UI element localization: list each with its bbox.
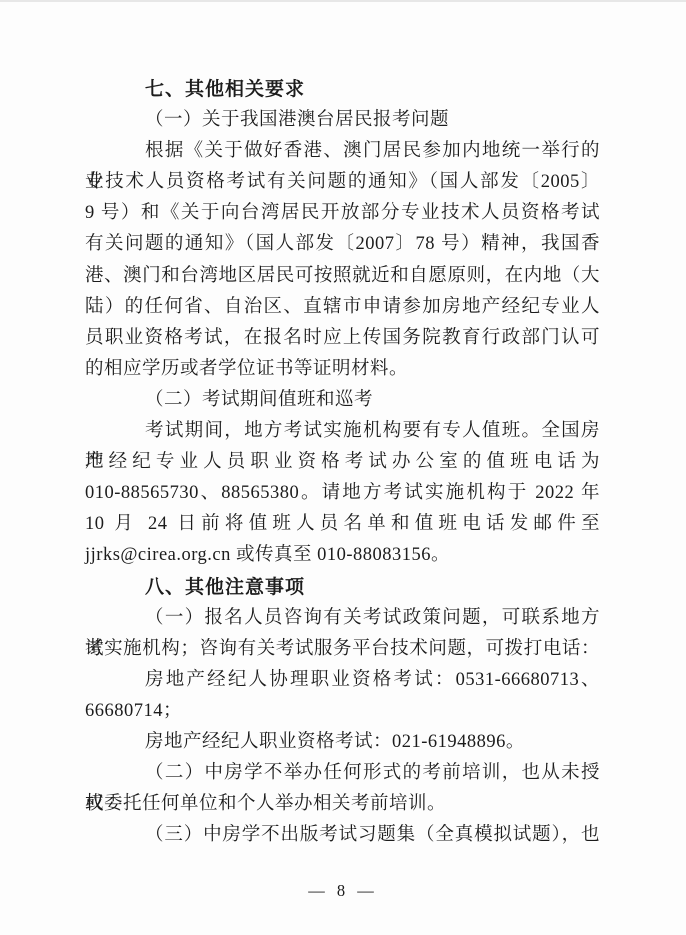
body-line: 业技术人员资格考试有关问题的通知》（国人部发〔2005〕 xyxy=(85,167,600,198)
body-line: 9 号）和《关于向台湾居民开放部分专业技术人员资格考试 xyxy=(85,198,600,229)
body-line: 10 月 24 日前将值班人员名单和值班电话发邮件至 xyxy=(85,509,600,540)
document-text: 七、其他相关要求 （一）关于我国港澳台居民报考问题 根据《关于做好香港、澳门居民… xyxy=(85,74,600,851)
body-line: 陆）的任何省、自治区、直辖市申请参加房地产经纪专业人 xyxy=(85,292,600,323)
page-number: — 8 — xyxy=(0,881,686,901)
body-line-email: jjrks@cirea.org.cn 或传真至 010-88083156。 xyxy=(85,540,600,571)
body-line: 的相应学历或者学位证书等证明材料。 xyxy=(85,354,600,385)
body-line-phone: 房地产经纪人职业资格考试：021-61948896。 xyxy=(85,727,600,758)
subheading-7-2: （二）考试期间值班和巡考 xyxy=(85,385,600,416)
doc-page: 七、其他相关要求 （一）关于我国港澳台居民报考问题 根据《关于做好香港、澳门居民… xyxy=(0,0,686,935)
body-line: 产经纪专业人员职业资格考试办公室的值班电话为 xyxy=(85,447,600,478)
subheading-7-1: （一）关于我国港澳台居民报考问题 xyxy=(85,105,600,136)
body-line: 港、澳门和台湾地区居民可按照就近和自愿原则，在内地（大 xyxy=(85,261,600,292)
subheading-8-2: （二）中房学不举办任何形式的考前培训，也从未授权 xyxy=(85,758,600,789)
body-line: 有关问题的通知》（国人部发〔2007〕78 号）精神，我国香 xyxy=(85,229,600,260)
section-heading-7: 七、其他相关要求 xyxy=(85,74,600,105)
body-line: 试实施机构；咨询有关考试服务平台技术问题，可拨打电话： xyxy=(85,634,600,665)
body-line: 员职业资格考试，在报名时应上传国务院教育行政部门认可 xyxy=(85,323,600,354)
body-line-phone: 66680714； xyxy=(85,696,600,727)
subheading-8-1: （一）报名人员咨询有关考试政策问题，可联系地方考 xyxy=(85,603,600,634)
body-line-phone: 房地产经纪人协理职业资格考试：0531-66680713、 xyxy=(85,665,600,696)
section-heading-8: 八、其他注意事项 xyxy=(85,572,600,603)
subheading-8-3: （三）中房学不出版考试习题集（全真模拟试题），也 xyxy=(85,820,600,851)
body-line: 或委托任何单位和个人举办相关考前培训。 xyxy=(85,789,600,820)
body-line: 考试期间，地方考试实施机构要有专人值班。全国房地 xyxy=(85,416,600,447)
body-line: 010-88565730、88565380。请地方考试实施机构于 2022 年 xyxy=(85,478,600,509)
body-line: 根据《关于做好香港、澳门居民参加内地统一举行的专 xyxy=(85,136,600,167)
scan-edge xyxy=(0,0,686,2)
